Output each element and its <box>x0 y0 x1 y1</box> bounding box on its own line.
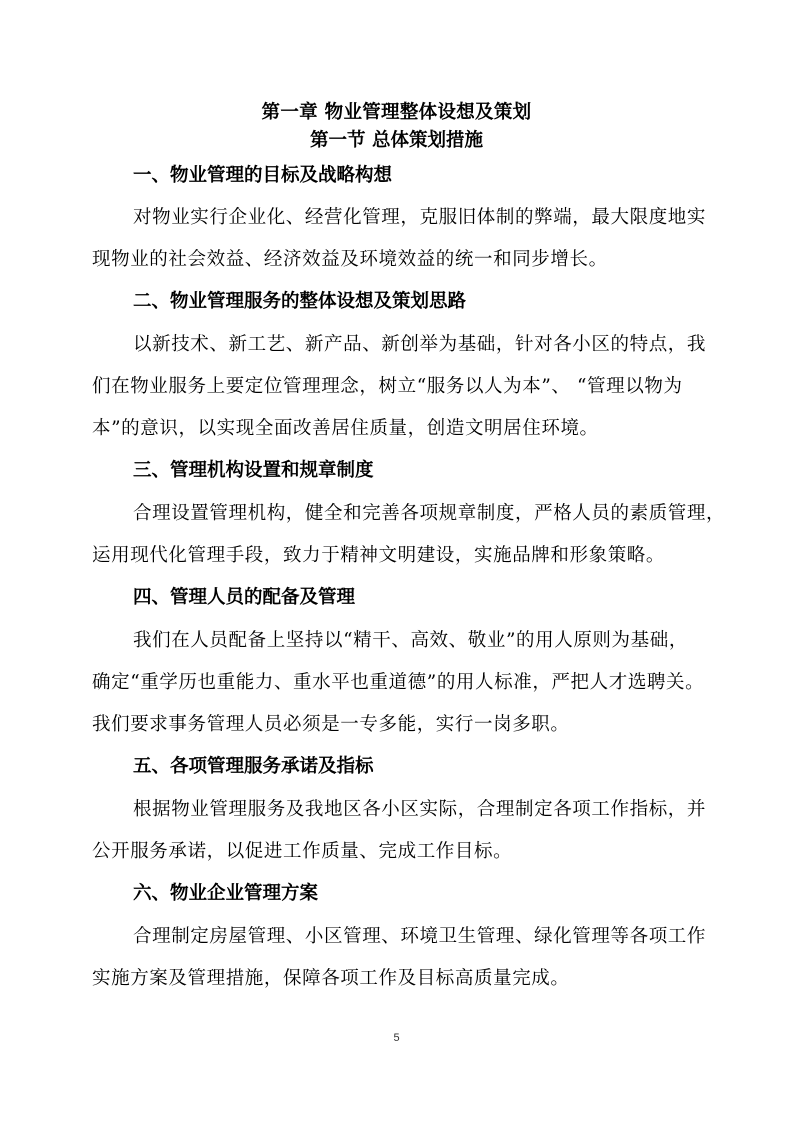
section-heading-4: 四、管理人员的配备及管理 <box>133 586 355 610</box>
paragraph-line: 根据物业管理服务及我地区各小区实际，合理制定各项工作指标，并 <box>133 798 706 822</box>
paragraph-line: 合理设置管理机构，健全和完善各项规章制度，严格人员的素质管理， <box>133 502 725 526</box>
section-heading-5: 五、各项管理服务承诺及指标 <box>133 755 374 779</box>
paragraph-line: 们在物业服务上要定位管理理念，树立“服务以人为本”、 “管理以物为 <box>92 375 683 399</box>
section-heading-2: 二、物业管理服务的整体设想及策划思路 <box>133 290 466 314</box>
chapter-title: 第一章 物业管理整体设想及策划 <box>0 101 793 125</box>
paragraph-line: 合理制定房屋管理、小区管理、环境卫生管理、绿化管理等各项工作 <box>133 925 706 949</box>
paragraph-line: 我们要求事务管理人员必须是一专多能，实行一岗多职。 <box>92 713 570 737</box>
section-heading-3: 三、管理机构设置和规章制度 <box>133 459 374 483</box>
paragraph-line: 对物业实行企业化、经营化管理，克服旧体制的弊端，最大限度地实 <box>133 206 706 230</box>
document-page: 第一章 物业管理整体设想及策划 第一节 总体策划措施 一、物业管理的目标及战略构… <box>0 0 793 1122</box>
section-heading-1: 一、物业管理的目标及战略构想 <box>133 164 392 188</box>
section-heading-6: 六、物业企业管理方案 <box>133 882 318 906</box>
page-number: 5 <box>0 1032 793 1044</box>
section-title: 第一节 总体策划措施 <box>0 129 793 153</box>
paragraph-line: 我们在人员配备上坚持以“精干、高效、敬业”的用人原则为基础， <box>133 629 688 653</box>
paragraph-line: 本”的意识，以实现全面改善居住质量，创造文明居住环境。 <box>92 417 599 441</box>
paragraph-line: 公开服务承诺，以促进工作质量、完成工作目标。 <box>92 840 512 864</box>
paragraph-line: 以新技术、新工艺、新产品、新创举为基础，针对各小区的特点，我 <box>133 333 706 357</box>
paragraph-line: 确定“重学历也重能力、重水平也重道德”的用人标准，严把人才选聘关。 <box>92 671 704 695</box>
paragraph-line: 实施方案及管理措施，保障各项工作及目标高质量完成。 <box>92 967 570 991</box>
paragraph-line: 现物业的社会效益、经济效益及环境效益的统一和同步增长。 <box>92 248 608 272</box>
paragraph-line: 运用现代化管理手段，致力于精神文明建设，实施品牌和形象策略。 <box>92 544 665 568</box>
